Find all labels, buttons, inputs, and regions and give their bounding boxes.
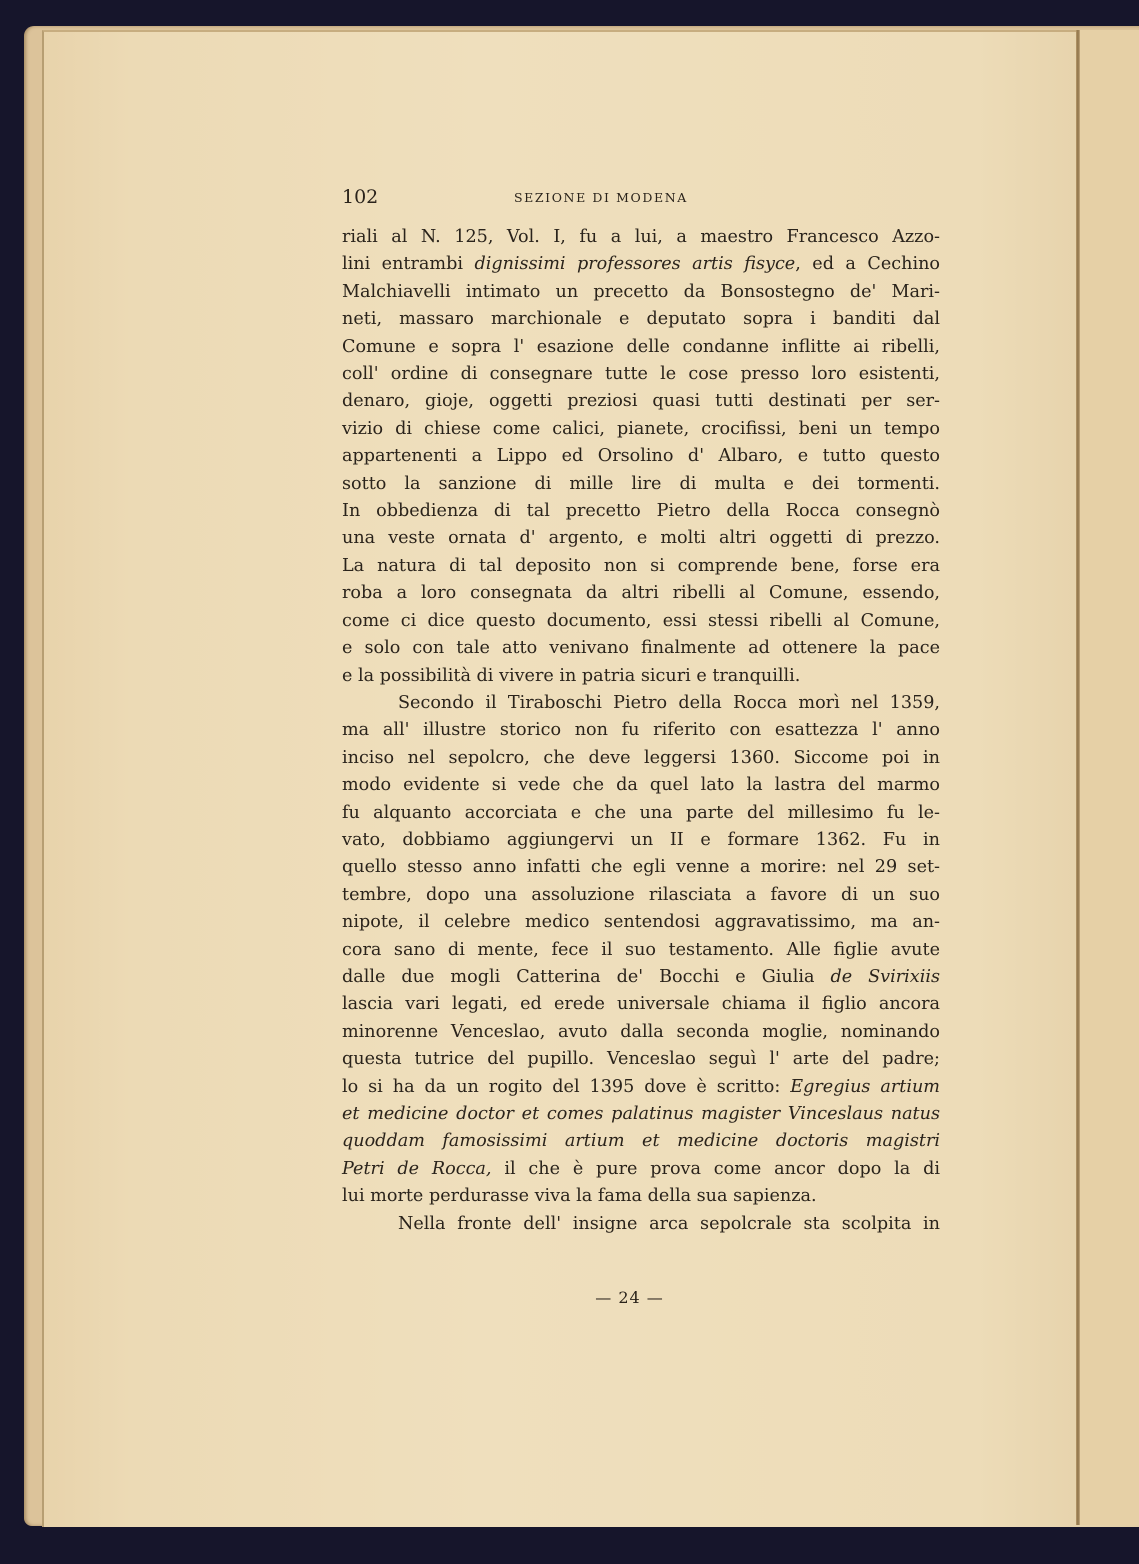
text-line: questa tutrice del pupillo. Venceslao se… xyxy=(342,1046,940,1073)
text-line: quello stesso anno infatti che egli venn… xyxy=(342,854,940,881)
text-line: roba a loro consegnata da altri ribelli … xyxy=(342,580,940,607)
body-text: riali al N. 125, Vol. I, fu a lui, a mae… xyxy=(342,224,940,1238)
text-segment: roba a loro consegnata da altri ribelli … xyxy=(342,583,940,603)
italic-text: et medicine doctor et comes palatinus ma… xyxy=(342,1104,940,1124)
text-line: nipote, il celebre medico sentendosi agg… xyxy=(342,909,940,936)
text-segment: appartenenti a Lippo ed Orsolino d' Alba… xyxy=(342,446,940,466)
text-line: lo si ha da un rogito del 1395 dove è sc… xyxy=(342,1074,940,1101)
text-segment: sotto la sanzione di mille lire di multa… xyxy=(342,474,940,494)
text-segment: il che è pure prova come ancor dopo la d… xyxy=(492,1159,940,1179)
text-segment: lui morte perdurasse viva la fama della … xyxy=(342,1186,817,1206)
text-segment: La natura di tal deposito non si compren… xyxy=(342,556,940,576)
text-segment: ma all' illustre storico non fu riferito… xyxy=(342,720,940,740)
text-line: e la possibilità di vivere in patria sic… xyxy=(342,663,940,690)
folio-number: 102 xyxy=(342,186,378,208)
text-segment: inciso nel sepolcro, che deve leggersi 1… xyxy=(342,748,940,768)
text-segment: Secondo il Tiraboschi Pietro della Rocca… xyxy=(398,693,940,713)
text-block: 102 SEZIONE DI MODENA riali al N. 125, V… xyxy=(342,186,940,1238)
text-segment: Nella fronte dell' insigne arca sepolcra… xyxy=(398,1214,940,1234)
text-line: Malchiavelli intimato un precetto da Bon… xyxy=(342,279,940,306)
italic-text: Petri de Rocca, xyxy=(342,1159,492,1179)
italic-text: quoddam famosissimi artium et medicine d… xyxy=(342,1131,940,1151)
text-line: lascia vari legati, ed erede universale … xyxy=(342,991,940,1018)
text-line: tembre, dopo una assoluzione rilasciata … xyxy=(342,882,940,909)
text-line: Petri de Rocca, il che è pure prova come… xyxy=(342,1156,940,1183)
text-line: et medicine doctor et comes palatinus ma… xyxy=(342,1101,940,1128)
running-head-title: SEZIONE DI MODENA xyxy=(514,190,688,205)
text-segment: come ci dice questo documento, essi stes… xyxy=(342,611,940,631)
text-segment: questa tutrice del pupillo. Venceslao se… xyxy=(342,1049,940,1069)
text-segment: modo evidente si vede che da quel lato l… xyxy=(342,775,940,795)
text-line: cora sano di mente, fece il suo testamen… xyxy=(342,937,940,964)
text-segment: In obbedienza di tal precetto Pietro del… xyxy=(342,501,940,521)
text-line: minorenne Venceslao, avuto dalla seconda… xyxy=(342,1019,940,1046)
text-line: sotto la sanzione di mille lire di multa… xyxy=(342,471,940,498)
text-line: denaro, gioje, oggetti preziosi quasi tu… xyxy=(342,388,940,415)
text-line: ma all' illustre storico non fu riferito… xyxy=(342,717,940,744)
text-segment: Malchiavelli intimato un precetto da Bon… xyxy=(342,282,940,302)
text-segment: e la possibilità di vivere in patria sic… xyxy=(342,666,800,686)
text-segment: denaro, gioje, oggetti preziosi quasi tu… xyxy=(342,391,940,411)
text-segment: Comune e sopra l' esazione delle condann… xyxy=(342,337,940,357)
text-segment: lascia vari legati, ed erede universale … xyxy=(342,994,940,1014)
text-segment: tembre, dopo una assoluzione rilasciata … xyxy=(342,885,940,905)
text-segment: riali al N. 125, Vol. I, fu a lui, a mae… xyxy=(342,227,940,247)
running-head: 102 SEZIONE DI MODENA xyxy=(342,186,940,216)
text-segment: e solo con tale atto venivano finalmente… xyxy=(342,638,940,658)
italic-text: dignissimi professores artis fisyce xyxy=(474,254,795,274)
text-line: coll' ordine di consegnare tutte le cose… xyxy=(342,361,940,388)
text-line: quoddam famosissimi artium et medicine d… xyxy=(342,1128,940,1155)
text-segment: minorenne Venceslao, avuto dalla seconda… xyxy=(342,1022,940,1042)
text-line: inciso nel sepolcro, che deve leggersi 1… xyxy=(342,745,940,772)
text-line: appartenenti a Lippo ed Orsolino d' Alba… xyxy=(342,443,940,470)
text-segment: coll' ordine di consegnare tutte le cose… xyxy=(342,364,940,384)
text-line: lui morte perdurasse viva la fama della … xyxy=(342,1183,940,1210)
text-line: La natura di tal deposito non si compren… xyxy=(342,553,940,580)
text-segment: vizio di chiese come calici, pianete, cr… xyxy=(342,419,940,439)
text-line: Comune e sopra l' esazione delle condann… xyxy=(342,334,940,361)
text-segment: lini entrambi xyxy=(342,254,474,274)
text-line: modo evidente si vede che da quel lato l… xyxy=(342,772,940,799)
text-segment: lo si ha da un rogito del 1395 dove è sc… xyxy=(342,1077,790,1097)
page-number: — 24 — xyxy=(0,1288,1139,1307)
text-line: lini entrambi dignissimi professores art… xyxy=(342,251,940,278)
text-segment: vato, dobbiamo aggiungervi un II e forma… xyxy=(342,830,940,850)
text-segment: neti, massaro marchionale e deputato sop… xyxy=(342,309,940,329)
text-line: come ci dice questo documento, essi stes… xyxy=(342,608,940,635)
text-line: fu alquanto accorciata e che una parte d… xyxy=(342,800,940,827)
text-segment: quello stesso anno infatti che egli venn… xyxy=(342,857,940,877)
italic-text: Egregius artium xyxy=(790,1077,940,1097)
text-line: Secondo il Tiraboschi Pietro della Rocca… xyxy=(342,690,940,717)
text-segment: dalle due mogli Catterina de' Bocchi e G… xyxy=(342,967,830,987)
text-segment: nipote, il celebre medico sentendosi agg… xyxy=(342,912,940,932)
text-segment: , ed a Cechino xyxy=(795,254,940,274)
text-line: Nella fronte dell' insigne arca sepolcra… xyxy=(342,1211,940,1238)
text-line: e solo con tale atto venivano finalmente… xyxy=(342,635,940,662)
text-line: dalle due mogli Catterina de' Bocchi e G… xyxy=(342,964,940,991)
text-line: In obbedienza di tal precetto Pietro del… xyxy=(342,498,940,525)
italic-text: de Svirixiis xyxy=(830,967,940,987)
text-line: una veste ornata d' argento, e molti alt… xyxy=(342,525,940,552)
text-line: vato, dobbiamo aggiungervi un II e forma… xyxy=(342,827,940,854)
text-line: vizio di chiese come calici, pianete, cr… xyxy=(342,416,940,443)
text-line: riali al N. 125, Vol. I, fu a lui, a mae… xyxy=(342,224,940,251)
text-segment: una veste ornata d' argento, e molti alt… xyxy=(342,528,940,548)
text-segment: fu alquanto accorciata e che una parte d… xyxy=(342,803,940,823)
text-line: neti, massaro marchionale e deputato sop… xyxy=(342,306,940,333)
text-segment: cora sano di mente, fece il suo testamen… xyxy=(342,940,940,960)
